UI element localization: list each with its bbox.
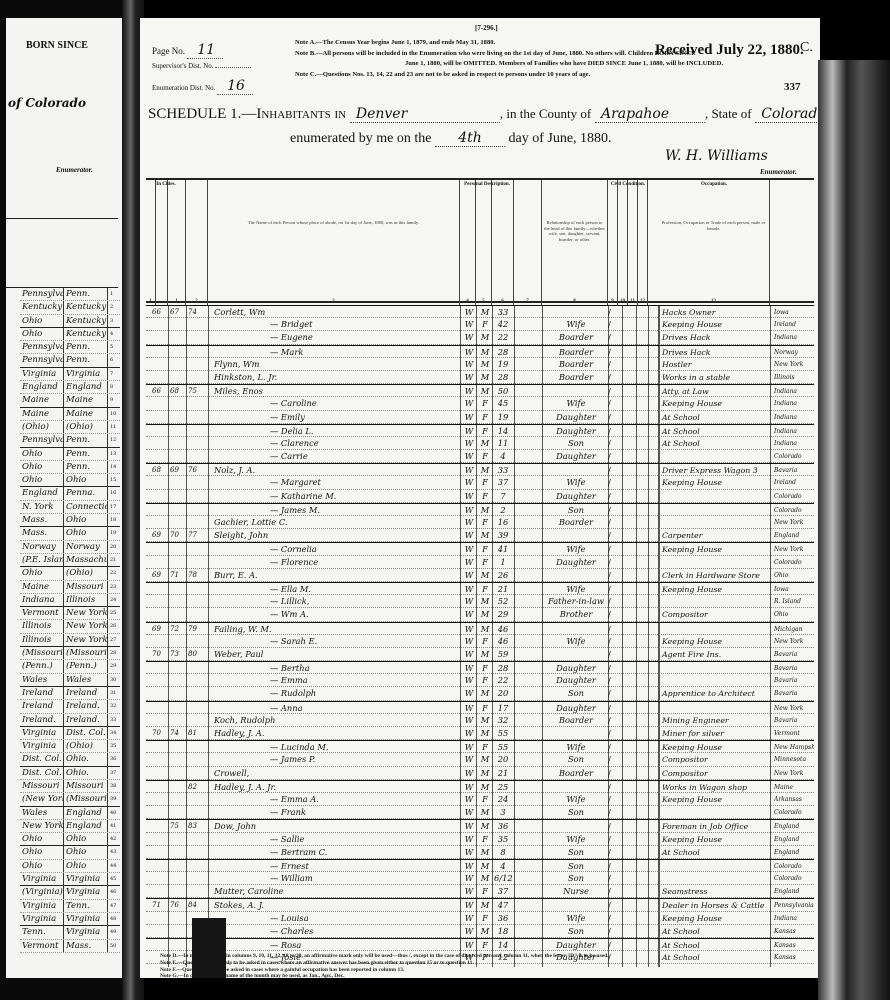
person-name: — James P.: [210, 753, 460, 766]
table-row: — MargaretWF37Wife /Keeping HouseIreland…: [146, 476, 814, 489]
birthplace: New York: [774, 358, 814, 371]
mother-birthplace: Virginia: [64, 368, 108, 380]
mother-birthplace: Virginia: [64, 886, 108, 898]
column-header: Widowed, Divorced.11: [628, 180, 638, 305]
table-row: — Emma A.WF24Wife /Keeping HouseArkansas: [146, 793, 814, 806]
schedule-line: SCHEDULE 1.—Inhabitants in Denver, in th…: [148, 106, 845, 123]
color-value: W: [462, 425, 476, 438]
instruction-notes: Note A.—The Census Year begins June 1, 1…: [295, 38, 723, 80]
dwelling-number: 69: [152, 569, 168, 582]
line-number: 36: [108, 753, 120, 765]
sex-value: M: [478, 306, 492, 319]
sex-value: F: [478, 397, 492, 410]
occupation-value: Keeping House: [658, 833, 768, 846]
column-header: Families numbered in order of visitation…: [186, 180, 208, 305]
table-row: — James P.WM20Son/CompositorMinnesota: [146, 753, 814, 766]
mother-birthplace: Missouri: [64, 780, 108, 792]
left-page-row: VermontMass.50: [20, 940, 120, 953]
place-value: Denver: [350, 106, 500, 123]
person-name: — Clarence: [210, 437, 460, 450]
color-value: W: [462, 358, 476, 371]
color-value: W: [462, 476, 476, 489]
relationship-value: Son: [546, 687, 606, 700]
father-birthplace: Ohio: [20, 328, 64, 340]
sex-value: F: [478, 662, 492, 675]
father-birthplace: Virginia: [20, 727, 64, 739]
line-number: 42: [108, 833, 120, 845]
age-value: 6/12: [494, 872, 512, 885]
column-header: Married during Census year.12: [638, 180, 648, 305]
occupation-value: At School: [658, 925, 768, 938]
color-value: W: [462, 397, 476, 410]
sex-value: M: [478, 648, 492, 661]
occupation-value: Drives Hack: [658, 331, 768, 344]
relationship-value: Boarder: [546, 714, 606, 727]
civil-condition-marks: /: [608, 806, 648, 819]
sex-value: F: [478, 583, 492, 596]
birthplace: New Hampshire: [774, 741, 814, 754]
mother-birthplace: Ireland.: [64, 700, 108, 712]
left-page-row: MaineMaine9: [20, 394, 120, 407]
civil-condition-marks: /: [608, 411, 648, 424]
column-number: 5: [476, 299, 491, 305]
mother-birthplace: Penna.: [64, 487, 108, 499]
person-name: — Katharine M.: [210, 490, 460, 503]
civil-condition-marks: /: [608, 529, 648, 542]
household-number: 83: [188, 820, 206, 833]
table-row: — BerthaWF28Daughter/Bavaria: [146, 661, 814, 674]
line-number: 43: [108, 846, 120, 858]
table-row: — AnnaWF17Daughter/New York: [146, 701, 814, 714]
mother-birthplace: England: [64, 381, 108, 393]
occupation-value: Drives Hack: [658, 346, 768, 359]
father-birthplace: Pennsylvania: [20, 288, 64, 300]
age-value: 28: [494, 346, 512, 359]
table-row: — EmilyWF19Daughter/At SchoolIndiana: [146, 411, 814, 424]
color-value: W: [462, 306, 476, 319]
occupation-value: Works in Wagon shop: [658, 781, 768, 794]
line-number: 28: [108, 647, 120, 659]
column-number: 10: [618, 299, 627, 305]
color-value: W: [462, 648, 476, 661]
mother-birthplace: Virginia: [64, 873, 108, 885]
age-value: 47: [494, 899, 512, 912]
mother-birthplace: Norway: [64, 541, 108, 553]
occupation-value: Keeping House: [658, 397, 768, 410]
person-name: — Bertram C.: [210, 846, 460, 859]
person-name: Hadley, J. A.: [210, 727, 460, 740]
color-value: W: [462, 939, 476, 952]
left-header-state: of Colorado: [8, 96, 86, 110]
line-number: 40: [108, 807, 120, 819]
civil-condition-marks: /: [608, 516, 648, 529]
mother-birthplace: Mass.: [64, 940, 108, 952]
person-name: — Ernest: [210, 860, 460, 873]
relationship-value: Wife: [546, 912, 606, 925]
person-name: — Florence: [210, 556, 460, 569]
sex-value: F: [478, 556, 492, 569]
column-header-label: The Name of each Person whose place of a…: [210, 220, 457, 226]
left-page-row: (Penn.)(Penn.)29: [20, 660, 120, 673]
father-birthplace: Illinois: [20, 634, 64, 646]
line-number: 50: [108, 940, 120, 952]
relationship-value: Wife: [546, 741, 606, 754]
sex-value: M: [478, 385, 492, 398]
sex-value: F: [478, 318, 492, 331]
occupation-value: Seamstress: [658, 885, 768, 898]
previous-page-strip: BORN SINCE of Colorado Enumerator. Penns…: [0, 0, 122, 1000]
age-value: 25: [494, 781, 512, 794]
mother-birthplace: Ohio.: [64, 753, 108, 765]
person-name: — Louisa: [210, 912, 460, 925]
age-value: 46: [494, 623, 512, 636]
occupation-value: Keeping House: [658, 318, 768, 331]
mother-birthplace: Illinois: [64, 594, 108, 606]
line-number: 9: [108, 394, 120, 406]
occupation-value: Compositor: [658, 767, 768, 780]
line-number: 45: [108, 873, 120, 885]
age-value: 3: [494, 806, 512, 819]
dwelling-number: 66: [152, 306, 168, 319]
column-header: House Number.: [156, 180, 168, 305]
father-birthplace: Ireland: [20, 700, 64, 712]
table-row: 666774Corlett, WmWM33 /Hacks OwnerIowa: [146, 305, 814, 318]
occupation-value: Atty. at Law: [658, 385, 768, 398]
color-value: W: [462, 529, 476, 542]
occupation-value: At School: [658, 425, 768, 438]
mother-birthplace: Ohio: [64, 527, 108, 539]
mother-birthplace: (Missouri): [64, 793, 108, 805]
line-number: 33: [108, 714, 120, 726]
occupation-value: Apprentice to Architect: [658, 687, 768, 700]
age-value: 29: [494, 608, 512, 621]
sex-value: M: [478, 714, 492, 727]
civil-condition-marks: /: [608, 872, 648, 885]
left-page-row: NorwayNorway20: [20, 541, 120, 554]
relationship-value: Daughter: [546, 556, 606, 569]
civil-condition-marks: /: [608, 450, 648, 463]
sex-value: F: [478, 939, 492, 952]
occupation-value: At School: [658, 437, 768, 450]
father-birthplace: Mass.: [20, 514, 64, 526]
supervisor-value: [215, 67, 251, 68]
line-number: 44: [108, 860, 120, 872]
dwelling-number: 70: [152, 648, 168, 661]
civil-condition-marks: /: [608, 318, 648, 331]
mother-birthplace: Missouri: [64, 581, 108, 593]
mother-birthplace: Penn.: [64, 341, 108, 353]
person-name: Dow, John: [210, 820, 460, 833]
color-value: W: [462, 793, 476, 806]
mother-birthplace: Connecticut: [64, 501, 108, 513]
line-number: 23: [108, 581, 120, 593]
left-page-row: OhioOhio15: [20, 474, 120, 487]
occupation-value: Driver Express Wagon 3: [658, 464, 768, 477]
state-label: , State of: [705, 106, 752, 121]
relationship-value: Daughter: [546, 662, 606, 675]
relationship-value: Son: [546, 872, 606, 885]
line-number: 22: [108, 567, 120, 579]
birthplace: Iowa: [774, 306, 814, 319]
color-value: W: [462, 608, 476, 621]
sex-value: M: [478, 331, 492, 344]
sex-value: F: [478, 516, 492, 529]
age-value: 1: [494, 556, 512, 569]
birthplace: Bavaria: [774, 674, 814, 687]
enumerated-day: 4th: [435, 130, 505, 147]
sex-value: M: [478, 569, 492, 582]
left-page-row: KentuckyKentucky2: [20, 301, 120, 314]
left-column-header: [6, 218, 118, 288]
civil-condition-marks: /: [608, 464, 648, 477]
left-page-row: IrelandIreland.32: [20, 700, 120, 713]
line-number: 29: [108, 660, 120, 672]
birthplace: Colorado: [774, 806, 814, 819]
sex-value: M: [478, 687, 492, 700]
mother-birthplace: New York: [64, 607, 108, 619]
column-header: Age at last birthday prior to June 1, 18…: [492, 180, 514, 305]
father-birthplace: Ohio: [20, 567, 64, 579]
birthplace: Ireland: [774, 318, 814, 331]
line-number: 15: [108, 474, 120, 486]
civil-condition-marks: /: [608, 833, 648, 846]
relationship-value: Son: [546, 753, 606, 766]
sex-value: F: [478, 543, 492, 556]
left-page-row: (P.E. Island)Massachusetts21: [20, 554, 120, 567]
civil-condition-marks: /: [608, 753, 648, 766]
person-name: — James M.: [210, 504, 460, 517]
column-number: 6: [492, 299, 513, 305]
occupation-value: Works in a stable: [658, 371, 768, 384]
family-number: 70: [170, 529, 186, 542]
column-header: Name of Street.1: [146, 180, 156, 305]
father-birthplace: Kentucky: [20, 301, 64, 313]
table-row: — Lucinda M.WF55Wife /Keeping HouseNew H…: [146, 740, 814, 753]
table-row: — Katharine M.WF7Daughter/Colorado: [146, 490, 814, 503]
person-name: — Frank: [210, 806, 460, 819]
birthplace: Ohio: [774, 608, 814, 621]
occupation-value: Keeping House: [658, 476, 768, 489]
right-page-edge: [818, 60, 890, 1000]
age-value: 36: [494, 820, 512, 833]
occupation-value: Hacks Owner: [658, 306, 768, 319]
birthplace: England: [774, 885, 814, 898]
relationship-value: Daughter: [546, 411, 606, 424]
birthplace: Indiana: [774, 425, 814, 438]
relationship-value: Father-in-law: [546, 595, 606, 608]
column-number: 1: [168, 299, 185, 305]
color-value: W: [462, 702, 476, 715]
table-row: — James M.WM2Son/Colorado: [146, 503, 814, 516]
father-birthplace: Wales: [20, 807, 64, 819]
left-header-enumerator: Enumerator.: [56, 166, 93, 174]
sex-value: M: [478, 504, 492, 517]
father-birthplace: Ireland: [20, 687, 64, 699]
relationship-value: Boarder: [546, 346, 606, 359]
sex-value: M: [478, 358, 492, 371]
occupation-value: Agent Fire Ins.: [658, 648, 768, 661]
person-name: — Lillick,: [210, 595, 460, 608]
father-birthplace: (Missouri): [20, 647, 64, 659]
note-a: Note A.—The Census Year begins June 1, 1…: [295, 38, 723, 49]
sex-value: M: [478, 925, 492, 938]
color-value: W: [462, 437, 476, 450]
table-row: — MarkWM28Boarder/Drives HackNorway: [146, 345, 814, 358]
age-value: 22: [494, 674, 512, 687]
civil-condition-marks: /: [608, 476, 648, 489]
father-birthplace: Missouri: [20, 780, 64, 792]
age-value: 8: [494, 846, 512, 859]
birthplace: Indiana: [774, 397, 814, 410]
birthplace: England: [774, 833, 814, 846]
mother-birthplace: Maine: [64, 394, 108, 406]
civil-condition-marks: /: [608, 397, 648, 410]
left-page-row: MaineMissouri23: [20, 581, 120, 594]
line-number: 3: [108, 315, 120, 327]
relationship-value: Brother: [546, 608, 606, 621]
relationship-value: Daughter: [546, 939, 606, 952]
civil-condition-marks: /: [608, 912, 648, 925]
left-page-rows: PennsylvaniaPenn.1KentuckyKentucky2OhioK…: [20, 288, 120, 953]
family-number: 71: [170, 569, 186, 582]
mother-birthplace: Ohio.: [64, 767, 108, 779]
family-number: 76: [170, 899, 186, 912]
occupation-value: Compositor: [658, 753, 768, 766]
mother-birthplace: Penn.: [64, 461, 108, 473]
person-name: Stokes, A. J.: [210, 899, 460, 912]
person-name: — Bridget: [210, 318, 460, 331]
person-name: Mutter, Caroline: [210, 885, 460, 898]
family-number: 73: [170, 648, 186, 661]
line-number: 7: [108, 368, 120, 380]
table-row: — ErnestWM4Son/Colorado: [146, 859, 814, 872]
left-page-row: VirginiaDist. Col.34: [20, 727, 120, 740]
sex-value: M: [478, 781, 492, 794]
left-page-row: OhioOhio43: [20, 846, 120, 859]
left-page-row: Ireland.Ireland.33: [20, 714, 120, 727]
sex-value: M: [478, 767, 492, 780]
mother-birthplace: Penn.: [64, 354, 108, 366]
line-number: 8: [108, 381, 120, 393]
person-name: — Ella M.: [210, 583, 460, 596]
birthplace: Colorado: [774, 490, 814, 503]
age-value: 24: [494, 793, 512, 806]
civil-condition-marks: /: [608, 437, 648, 450]
civil-condition-marks: /: [608, 674, 648, 687]
note-b-cont: June 1, 1880, will be OMITTED. Members o…: [295, 59, 723, 70]
table-header: Name of Street.1House Number.Dwelling-ho…: [146, 178, 814, 303]
sex-value: M: [478, 623, 492, 636]
relationship-value: Boarder: [546, 767, 606, 780]
page-no-label: Page No.: [152, 46, 185, 56]
relationship-value: Nurse: [546, 885, 606, 898]
enumerated-line: enumerated by me on the 4th day of June,…: [290, 130, 612, 147]
left-page-row: MaineMaine10: [20, 408, 120, 421]
left-page-row: OhioOhio44: [20, 860, 120, 873]
line-number: 14: [108, 461, 120, 473]
father-birthplace: (New York): [20, 793, 64, 805]
civil-condition-marks: /: [608, 543, 648, 556]
sex-value: F: [478, 793, 492, 806]
color-value: W: [462, 820, 476, 833]
birthplace: Illinois: [774, 371, 814, 384]
birthplace: New York: [774, 702, 814, 715]
table-row: 697077Sleight, JohnWM39 /CarpenterEnglan…: [146, 529, 814, 542]
table-row: — Ella M.WF21Wife /Keeping HouseIowa: [146, 582, 814, 595]
sex-value: F: [478, 674, 492, 687]
birthplace: Indiana: [774, 437, 814, 450]
left-page-row: Dist. Col.Ohio.36: [20, 753, 120, 766]
enumeration-district-field: Enumeration Dist. No. 16: [152, 78, 253, 95]
mother-birthplace: Virginia: [64, 913, 108, 925]
color-value: W: [462, 556, 476, 569]
column-number: 12: [638, 299, 647, 305]
father-birthplace: Ohio: [20, 461, 64, 473]
relationship-value: Son: [546, 846, 606, 859]
father-birthplace: Pennsylvania: [20, 341, 64, 353]
age-value: 39: [494, 529, 512, 542]
birthplace: New York: [774, 516, 814, 529]
civil-condition-marks: /: [608, 662, 648, 675]
mother-birthplace: England: [64, 820, 108, 832]
sex-value: M: [478, 820, 492, 833]
civil-condition-marks: /: [608, 346, 648, 359]
column-header: Dwelling-houses numbered in order of vis…: [168, 180, 186, 305]
sex-value: M: [478, 753, 492, 766]
left-page-row: OhioKentucky3: [20, 315, 120, 328]
birthplace: Bavaria: [774, 687, 814, 700]
age-value: 14: [494, 425, 512, 438]
household-number: 74: [188, 306, 206, 319]
left-page-row: PennsylvaniaPenn.5: [20, 341, 120, 354]
supervisor-field: Supervisor's Dist. No.: [152, 62, 251, 70]
enumerator-label: Enumerator.: [760, 168, 797, 176]
occupation-value: At School: [658, 939, 768, 952]
sex-value: M: [478, 806, 492, 819]
page-no-value: 11: [187, 42, 223, 59]
father-birthplace: Pennsylva.: [20, 354, 64, 366]
birthplace: Colorado: [774, 556, 814, 569]
person-name: Crowell,: [210, 767, 460, 780]
table-row: — WilliamWM6/12Son/Colorado: [146, 872, 814, 885]
color-value: W: [462, 674, 476, 687]
birthplace: Bavaria: [774, 464, 814, 477]
left-page-row: N. YorkConnecticut17: [20, 501, 120, 514]
father-birthplace: Ohio: [20, 474, 64, 486]
mother-birthplace: Tenn.: [64, 900, 108, 912]
column-header: The Name of each Person whose place of a…: [208, 180, 460, 305]
table-row: — ClarenceWM11Son/At SchoolIndiana: [146, 437, 814, 450]
age-value: 14: [494, 939, 512, 952]
mother-birthplace: (Penn.): [64, 660, 108, 672]
form-number: [7-296.]: [475, 24, 498, 32]
sex-value: M: [478, 529, 492, 542]
occupation-value: Keeping House: [658, 741, 768, 754]
occupation-value: Foreman in Job Office: [658, 820, 768, 833]
mother-birthplace: Wales: [64, 674, 108, 686]
occupation-value: Carpenter: [658, 529, 768, 542]
table-row: — EmmaWF22Daughter/Bavaria: [146, 674, 814, 687]
supervisor-label: Supervisor's Dist. No.: [152, 62, 214, 70]
civil-condition-marks: /: [608, 385, 648, 398]
birthplace: Kansas: [774, 939, 814, 952]
column-header-label: Profession, Occupation or Trade of each …: [660, 220, 767, 231]
table-row: 717684Stokes, A. J.WM47 /Dealer in Horse…: [146, 898, 814, 911]
civil-condition-marks: /: [608, 623, 648, 636]
color-value: W: [462, 912, 476, 925]
table-row: — CarolineWF45Wife /Keeping HouseIndiana: [146, 397, 814, 410]
mother-birthplace: New York: [64, 634, 108, 646]
